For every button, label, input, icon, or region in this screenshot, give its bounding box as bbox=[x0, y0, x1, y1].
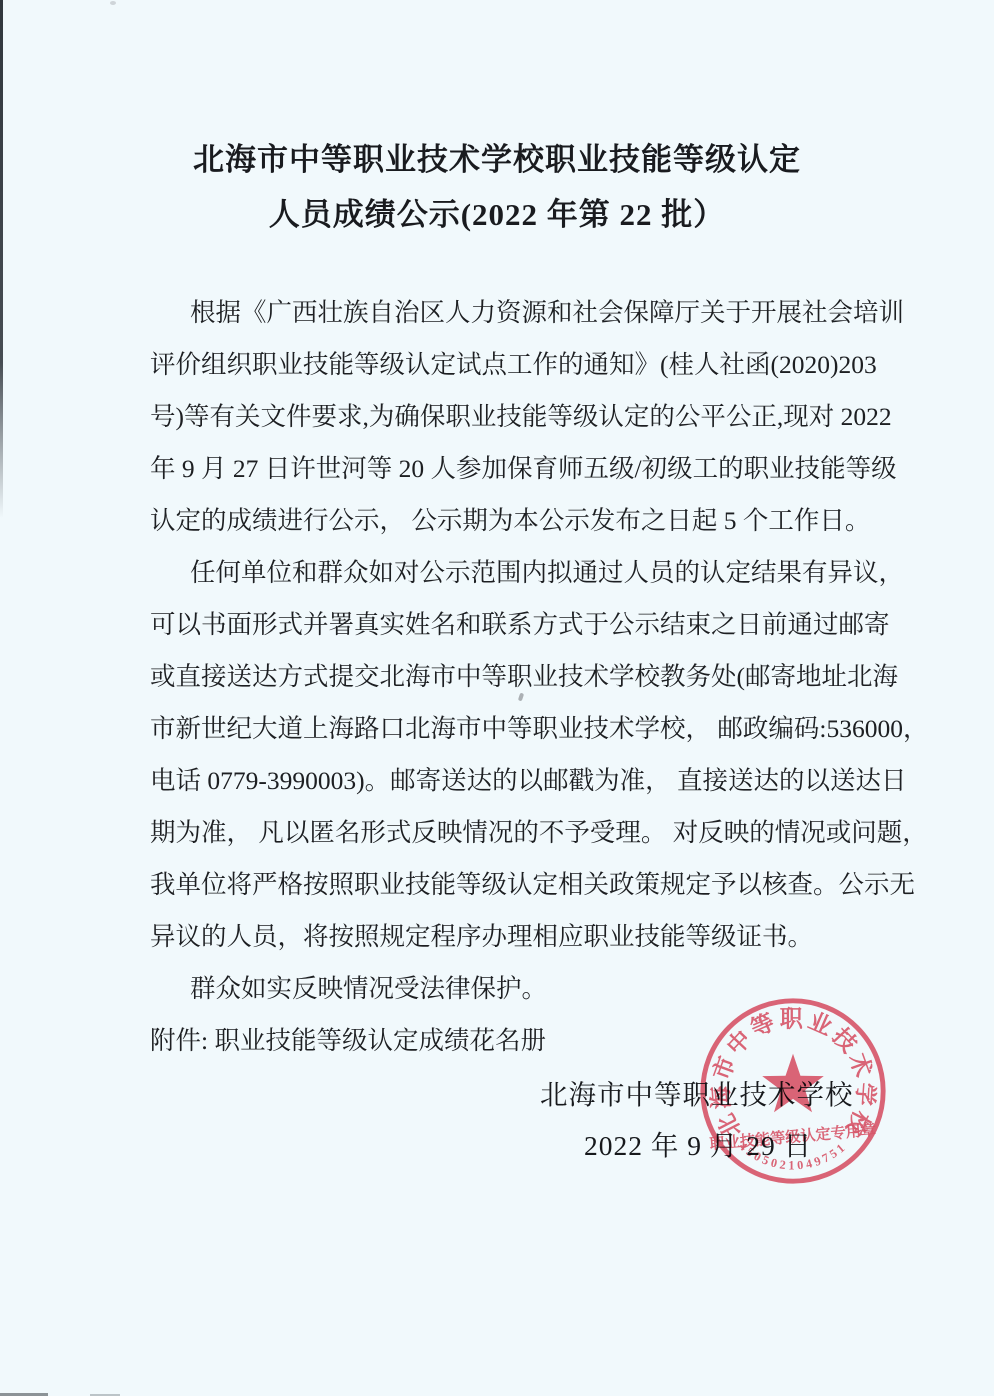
document-title-line2: 人员成绩公示(2022 年第 22 批） bbox=[0, 189, 994, 234]
body-line: 电话 0779-3990003)。邮寄送达的以邮戳为准， 直接送达的以送达日 bbox=[150, 755, 866, 807]
body-line: 可以书面形式并署真实姓名和联系方式于公示结束之日前通过邮寄 bbox=[150, 599, 866, 651]
body-line: 市新世纪大道上海路口北海市中等职业技术学校， 邮政编码:536000， bbox=[150, 703, 866, 755]
body-line: 年 9 月 27 日许世河等 20 人参加保育师五级/初级工的职业技能等级 bbox=[150, 443, 866, 495]
body-line: 评价组织职业技能等级认定试点工作的通知》(桂人社函(2020)203 bbox=[150, 339, 866, 391]
body-line: 异议的人员，将按照规定程序办理相应职业技能等级证书。 bbox=[150, 911, 866, 963]
body-line: 根据《广西壮族自治区人力资源和社会保障厅关于开展社会培训 bbox=[150, 287, 866, 339]
body-line: 号)等有关文件要求,为确保职业技能等级认定的公平公正,现对 2022 bbox=[150, 391, 866, 443]
notice-body: 根据《广西壮族自治区人力资源和社会保障厅关于开展社会培训 评价组织职业技能等级认… bbox=[150, 287, 866, 1067]
scan-edge-artifact bbox=[0, 0, 3, 518]
official-stamp: 北海市中等职业技术学校 职业技能等级认定专用章 4505021049751 bbox=[695, 993, 891, 1189]
stamp-star-icon bbox=[762, 1054, 824, 1113]
body-line: 期为准， 凡以匿名形式反映情况的不予受理。 对反映的情况或问题， bbox=[150, 807, 866, 859]
body-line: 或直接送达方式提交北海市中等职业技术学校教务处(邮寄地址北海 bbox=[150, 651, 866, 703]
document-title-line1: 北海市中等职业技术学校职业技能等级认定 bbox=[0, 134, 994, 179]
body-line: 认定的成绩进行公示， 公示期为本公示发布之日起 5 个工作日。 bbox=[150, 495, 866, 547]
notice-page: 北海市中等职业技术学校职业技能等级认定 人员成绩公示(2022 年第 22 批）… bbox=[0, 0, 994, 1396]
scan-speck bbox=[110, 1, 116, 5]
body-line: 我单位将严格按照职业技能等级认定相关政策规定予以核查。公示无 bbox=[150, 859, 866, 911]
body-line: 任何单位和群众如对公示范围内拟通过人员的认定结果有异议， bbox=[150, 547, 866, 599]
